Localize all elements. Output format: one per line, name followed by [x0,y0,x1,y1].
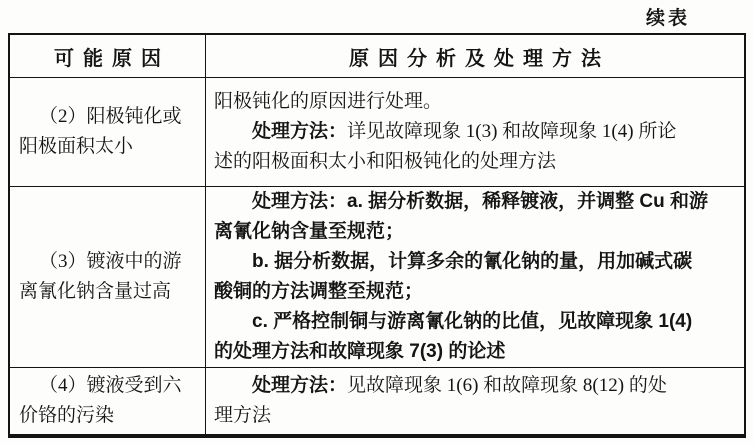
analysis-line: 酸铜的方法调整至规范； [214,277,736,307]
analysis-line: c. 严格控制铜与游离氰化钠的比值，见故障现象 1(4) [214,307,736,337]
analysis-line: 处理方法：详见故障现象 1(3) 和故障现象 1(4) 所论 [214,117,736,147]
analysis-cell: 阳极钝化的原因进行处理。 处理方法：详见故障现象 1(3) 和故障现象 1(4)… [206,78,744,186]
table-header-row: 可能原因 原因分析及处理方法 [10,35,744,77]
cause-cell: （3）镀液中的游 离氰化钠含量过高 [10,187,206,367]
analysis-line: 的处理方法和故障现象 7(3) 的论述 [214,337,736,367]
method-label: 处理方法： [252,375,347,396]
continued-table-label: 续表 [646,3,690,30]
method-label: 处理方法： [252,121,347,142]
method-label: 处理方法： [252,191,347,212]
cause-text: （2）阳极钝化或 [19,102,196,132]
analysis-text: a. 据分析数据，稀释镀液，并调整 Cu 和游 [347,191,708,212]
analysis-line: 处理方法：a. 据分析数据，稀释镀液，并调整 Cu 和游 [214,187,736,217]
analysis-text: 见故障现象 1(6) 和故障现象 8(12) 的处 [347,375,667,396]
header-analysis-column: 原因分析及处理方法 [206,35,744,77]
analysis-line: 理方法 [214,401,736,431]
cause-text: 离氰化钠含量过高 [19,277,196,307]
analysis-cell: 处理方法：见故障现象 1(6) 和故障现象 8(12) 的处 理方法 [206,368,744,434]
analysis-line: 处理方法：见故障现象 1(6) 和故障现象 8(12) 的处 [214,371,736,401]
cause-text: （3）镀液中的游 [19,247,196,277]
troubleshooting-table: 可能原因 原因分析及处理方法 （2）阳极钝化或 阳极面积太小 阳极钝化的原因进行… [8,33,746,438]
analysis-line: b. 据分析数据，计算多余的氰化钠的量，用加碱式碳 [214,247,736,277]
cause-text: 阳极面积太小 [19,132,196,162]
cause-text: 价铬的污染 [19,401,196,431]
analysis-line: 述的阳极面积太小和阳极钝化的处理方法 [214,147,736,177]
cause-text: （4）镀液受到六 [19,371,196,401]
table-row-anode-passivation: （2）阳极钝化或 阳极面积太小 阳极钝化的原因进行处理。 处理方法：详见故障现象… [10,77,744,186]
analysis-line: 离氰化钠含量至规范； [214,217,736,247]
table-row-chromium-contamination: （4）镀液受到六 价铬的污染 处理方法：见故障现象 1(6) 和故障现象 8(1… [10,367,744,434]
analysis-text: 详见故障现象 1(3) 和故障现象 1(4) 所论 [347,121,676,142]
analysis-line: 阳极钝化的原因进行处理。 [214,87,736,117]
scanned-page: 续表 可能原因 原因分析及处理方法 （2）阳极钝化或 阳极面积太小 阳极钝化的原… [0,0,754,443]
table-row-free-cyanide: （3）镀液中的游 离氰化钠含量过高 处理方法：a. 据分析数据，稀释镀液，并调整… [10,186,744,367]
analysis-cell: 处理方法：a. 据分析数据，稀释镀液，并调整 Cu 和游 离氰化钠含量至规范； … [206,187,744,367]
header-cause-column: 可能原因 [10,35,206,77]
cause-cell: （2）阳极钝化或 阳极面积太小 [10,78,206,186]
cause-cell: （4）镀液受到六 价铬的污染 [10,368,206,434]
